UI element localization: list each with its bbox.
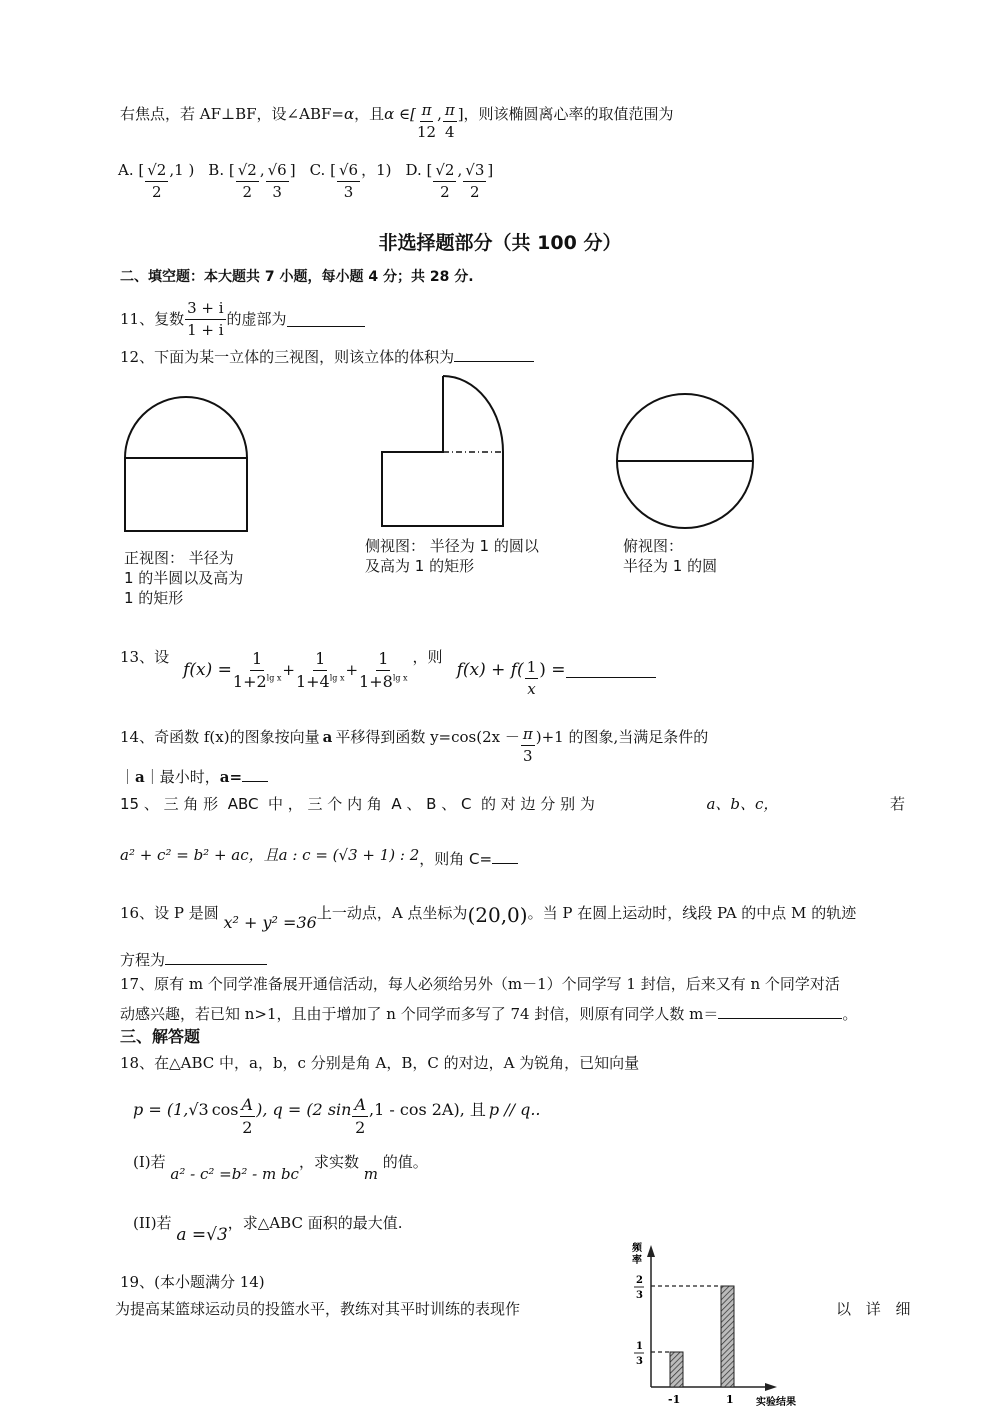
q16-circle-eq: x² + y² =36 xyxy=(224,913,317,932)
q18-cos: cos xyxy=(212,1102,239,1118)
frac-numerator: 1 xyxy=(250,650,264,671)
q17-line-2-text: 动感兴趣，若已知 n>1，且由于增加了 n 个同学而多写了 74 封信，则原有同… xyxy=(120,1005,718,1023)
svg-text:率: 率 xyxy=(632,1253,642,1266)
denominator-exponent: lg x xyxy=(393,673,408,682)
q18-p-eq: p = (1, xyxy=(133,1102,188,1118)
frac-denominator: 1+4lg x xyxy=(296,671,345,691)
question-14: 14、奇函数 f(x)的图象按向量 a 平移得到函数 y=cos(2x － π3… xyxy=(120,718,708,756)
front-view-figure xyxy=(0,0,1000,1415)
denominator-exponent: lg x xyxy=(267,673,282,682)
frac-numerator: A xyxy=(352,1096,368,1117)
q13-fx: f(x) = xyxy=(183,662,232,679)
q18-half-a: A2 xyxy=(240,1096,256,1136)
q19-header: 19、(本小题满分 14) xyxy=(120,1273,265,1291)
question-16: 16、设 P 是圆 x² + y² =36上一动点，A 点坐标为(20,0)。当… xyxy=(120,901,856,921)
q14-text-b: 平移得到函数 y=cos(2x － xyxy=(335,730,520,745)
caption-line: 侧视图： 半径为 1 的圆以 xyxy=(365,536,539,556)
denominator-base: 1+8 xyxy=(359,672,393,691)
q18-part2-eq: a =√3 xyxy=(176,1225,227,1245)
frac-denominator: 3 xyxy=(523,746,533,765)
q13-inner-frac: 1x xyxy=(525,659,539,697)
q14-text-a: 14、奇函数 f(x)的图象按向量 xyxy=(120,730,320,745)
denominator-exponent: lg x xyxy=(330,673,345,682)
caption-line: 1 的矩形 xyxy=(124,588,243,608)
q13-then: ，则 xyxy=(413,650,443,665)
question-18: 18、在△ABC 中，a，b，c 分别是角 A，B，C 的对边，A 为锐角，已知… xyxy=(120,1056,639,1071)
q14-text-c: )+1 的图象,当满足条件的 xyxy=(536,730,709,745)
frac-denominator: 2 xyxy=(355,1117,365,1137)
svg-text:频: 频 xyxy=(632,1241,643,1254)
caption-line: 1 的半圆以及高为 xyxy=(124,568,243,588)
plus-sign: + xyxy=(345,663,358,678)
q14-frac-pi-3: π3 xyxy=(521,726,535,764)
side-view-caption: 侧视图： 半径为 1 的圆以 及高为 1 的矩形 xyxy=(365,536,539,576)
frac-numerator: A xyxy=(240,1096,256,1117)
front-view-caption: 正视图： 半径为 1 的半圆以及高为 1 的矩形 xyxy=(124,548,243,608)
q18-half-a-2: A2 xyxy=(352,1096,368,1136)
top-view-caption: 俯视图： 半径为 1 的圆 xyxy=(623,536,717,576)
svg-text:1: 1 xyxy=(726,1393,734,1406)
q16-suffix: 。当 P 在圆上运动时，线段 PA 的中点 M 的轨迹 xyxy=(528,904,857,922)
q13-term-1: 11+2lg x xyxy=(233,650,282,690)
q19-line-1-text: 为提高某篮球运动员的投篮水平，教练对其平时训练的表现作 xyxy=(115,1300,520,1318)
q13-expr: f(x) + f( xyxy=(457,662,524,679)
q18-part1-text: ，求实数 xyxy=(299,1153,359,1171)
q18-q-eq: ), q = (2 sin xyxy=(256,1102,351,1118)
q15-abc: a、b、c， xyxy=(706,797,778,812)
frequency-chart: 频 率 2 3 1 3 -1 1 实验结果 xyxy=(610,1235,910,1415)
q14-line-2: ｜a｜最小时，a= xyxy=(120,767,268,785)
svg-text:实验结果: 实验结果 xyxy=(756,1395,796,1408)
q18-part1-end: 的值。 xyxy=(383,1153,428,1171)
q18-sqrt3: √3 xyxy=(188,1102,208,1118)
q13-term-2: 11+4lg x xyxy=(296,650,345,690)
denominator-base: 1+4 xyxy=(296,672,330,691)
bar-neg1 xyxy=(670,1352,683,1387)
q16-answer-blank[interactable] xyxy=(165,950,267,965)
svg-text:3: 3 xyxy=(636,1290,643,1301)
frac-numerator: π xyxy=(521,726,535,746)
q18-part1-eq: a² - c² =b² - m bc xyxy=(170,1165,299,1183)
question-13: 13、设 f(x) = 11+2lg x + 11+4lg x + 11+8lg… xyxy=(120,650,656,690)
svg-text:3: 3 xyxy=(636,1356,643,1367)
frac-denominator: 2 xyxy=(242,1117,252,1137)
q18-line-1: 18、在△ABC 中，a，b，c 分别是角 A，B，C 的对边，A 为锐角，已知… xyxy=(120,1054,639,1072)
q15-answer-blank[interactable] xyxy=(492,849,518,864)
svg-text:-1: -1 xyxy=(668,1393,680,1406)
q15-ruo: 若 xyxy=(890,797,905,812)
q14-answer-label: a= xyxy=(220,768,242,786)
q15-line-2: a² + c² = b² + ac，且a : c = (√3 + 1) : 2，… xyxy=(120,845,518,863)
q15-line-1: 15 、 三 角 形 ABC 中 ， 三 个 内 角 A 、 B 、 C 的 对… xyxy=(120,797,595,812)
caption-line: 及高为 1 的矩形 xyxy=(365,556,539,576)
q17-end: 。 xyxy=(842,1005,857,1023)
answer-section-header: 三、解答题 xyxy=(120,1029,200,1045)
q18-part-1: (I)若 a² - c² =b² - m bc，求实数 m 的值。 xyxy=(133,1155,428,1170)
q16-prefix: 16、设 P 是圆 xyxy=(120,904,219,922)
q18-part2-label: (II)若 xyxy=(133,1214,172,1232)
question-15: 15 、 三 角 形 ABC 中 ， 三 个 内 角 A 、 B 、 C 的 对… xyxy=(120,797,905,812)
question-19: 19、(本小题满分 14) xyxy=(120,1275,265,1290)
q16-mid: 上一动点，A 点坐标为 xyxy=(317,904,468,922)
svg-text:2: 2 xyxy=(636,1275,643,1286)
frac-numerator: 1 xyxy=(313,650,327,671)
q19-line-1: 为提高某篮球运动员的投篮水平，教练对其平时训练的表现作 xyxy=(115,1302,520,1317)
q17-answer-blank[interactable] xyxy=(718,1004,842,1019)
q13-term-3: 11+8lg x xyxy=(359,650,408,690)
q17-line-1: 17、原有 m 个同学准备展开通信活动，每人必须给另外（m－1）个同学写 1 封… xyxy=(120,975,840,993)
q14-answer-blank[interactable] xyxy=(242,767,268,782)
q15-equation: a² + c² = b² + ac，且a : c = (√3 + 1) : 2 xyxy=(120,846,419,864)
q18-tail: ,1 - cos 2A), 且 xyxy=(369,1102,486,1118)
q14-vector-a: a xyxy=(135,768,145,786)
q13-answer-blank[interactable] xyxy=(566,663,656,678)
q16-line-2: 方程为 xyxy=(120,950,267,968)
q16-coord: (20,0) xyxy=(467,903,527,927)
frac-denominator: x xyxy=(527,679,535,698)
frac-denominator: 1+8lg x xyxy=(359,671,408,691)
q18-part1-m: m xyxy=(364,1165,378,1183)
caption-line: 半径为 1 的圆 xyxy=(623,556,717,576)
q13-expr-end: ) = xyxy=(539,662,565,679)
svg-text:1: 1 xyxy=(636,1341,643,1352)
caption-line: 正视图： 半径为 xyxy=(124,548,243,568)
q18-parallel: p // q.. xyxy=(489,1102,541,1118)
q18-part-2: (II)若 a =√3，求△ABC 面积的最大值. xyxy=(133,1215,402,1232)
q16-line-2-text: 方程为 xyxy=(120,951,165,969)
q18-part2-text: ，求△ABC 面积的最大值. xyxy=(228,1214,403,1232)
q14-vector-a: a xyxy=(323,730,333,745)
q15-end: ，则角 C= xyxy=(419,850,492,868)
q18-part1-label: (I)若 xyxy=(133,1153,166,1171)
caption-line: 俯视图： xyxy=(623,536,717,556)
frac-numerator: 1 xyxy=(525,659,539,679)
q13-prefix: 13、设 xyxy=(120,650,169,665)
plus-sign: + xyxy=(282,663,295,678)
abs-bar: ｜ xyxy=(120,768,135,786)
q14-text: ｜最小时， xyxy=(145,768,220,786)
bar-1 xyxy=(721,1286,734,1387)
frac-numerator: 1 xyxy=(376,650,390,671)
frac-denominator: 1+2lg x xyxy=(233,671,282,691)
denominator-base: 1+2 xyxy=(233,672,267,691)
q17-line-2: 动感兴趣，若已知 n>1，且由于增加了 n 个同学而多写了 74 封信，则原有同… xyxy=(120,1004,857,1022)
q18-vectors: p = (1, √3 cos A2 ), q = (2 sin A2 ,1 - … xyxy=(133,1090,541,1130)
question-17: 17、原有 m 个同学准备展开通信活动，每人必须给另外（m－1）个同学写 1 封… xyxy=(120,977,840,992)
